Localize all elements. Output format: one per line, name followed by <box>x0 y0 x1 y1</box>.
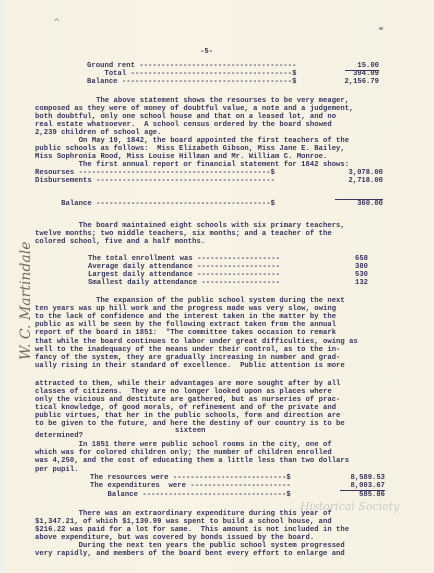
text-line: per pupil. <box>35 466 79 474</box>
ledger-label: Balance --------------------------------… <box>90 491 291 499</box>
caret-mark: ^ <box>53 18 61 28</box>
text-line: ually rising in their standard of excell… <box>35 362 345 370</box>
ledger-value: 360.00 <box>335 199 383 208</box>
watermark: Historical Society <box>300 500 399 513</box>
ledger-value: 8,003.67 <box>340 482 385 491</box>
text-line: determined? <box>35 432 83 440</box>
corner-mark <box>379 27 383 30</box>
page-number: -5- <box>200 48 213 56</box>
ledger-label: The expenditures were ------------------… <box>90 482 291 490</box>
text-line: very rapidly, and members of the board b… <box>35 550 345 558</box>
ledger-value: 2,156.79 <box>340 78 379 86</box>
document-page: ^ -5- Ground rent ----------------------… <box>0 0 434 573</box>
ledger-value: 2,718.00 <box>340 177 383 185</box>
attendance-label: Smallest daily attendance --------------… <box>88 279 280 287</box>
text-line: report of the board in 1851: "The commit… <box>35 329 336 337</box>
margin-signature: W. C. Martindale <box>2 200 32 370</box>
ledger-label: Disbursements --------------------------… <box>35 177 275 185</box>
ledger-value: 585.86 <box>340 491 385 499</box>
text-line: colored school, five and a half months. <box>35 238 205 246</box>
ledger-label: Balance --------------------------------… <box>35 200 275 208</box>
attendance-value: 132 <box>350 279 368 287</box>
text-line: was 4,250, and the cost of educating the… <box>35 457 349 465</box>
signature-text: W. C. Martindale <box>18 241 34 360</box>
handwritten-insertion: sixteen <box>175 427 206 435</box>
ledger-label: Balance --------------------------------… <box>87 78 296 86</box>
